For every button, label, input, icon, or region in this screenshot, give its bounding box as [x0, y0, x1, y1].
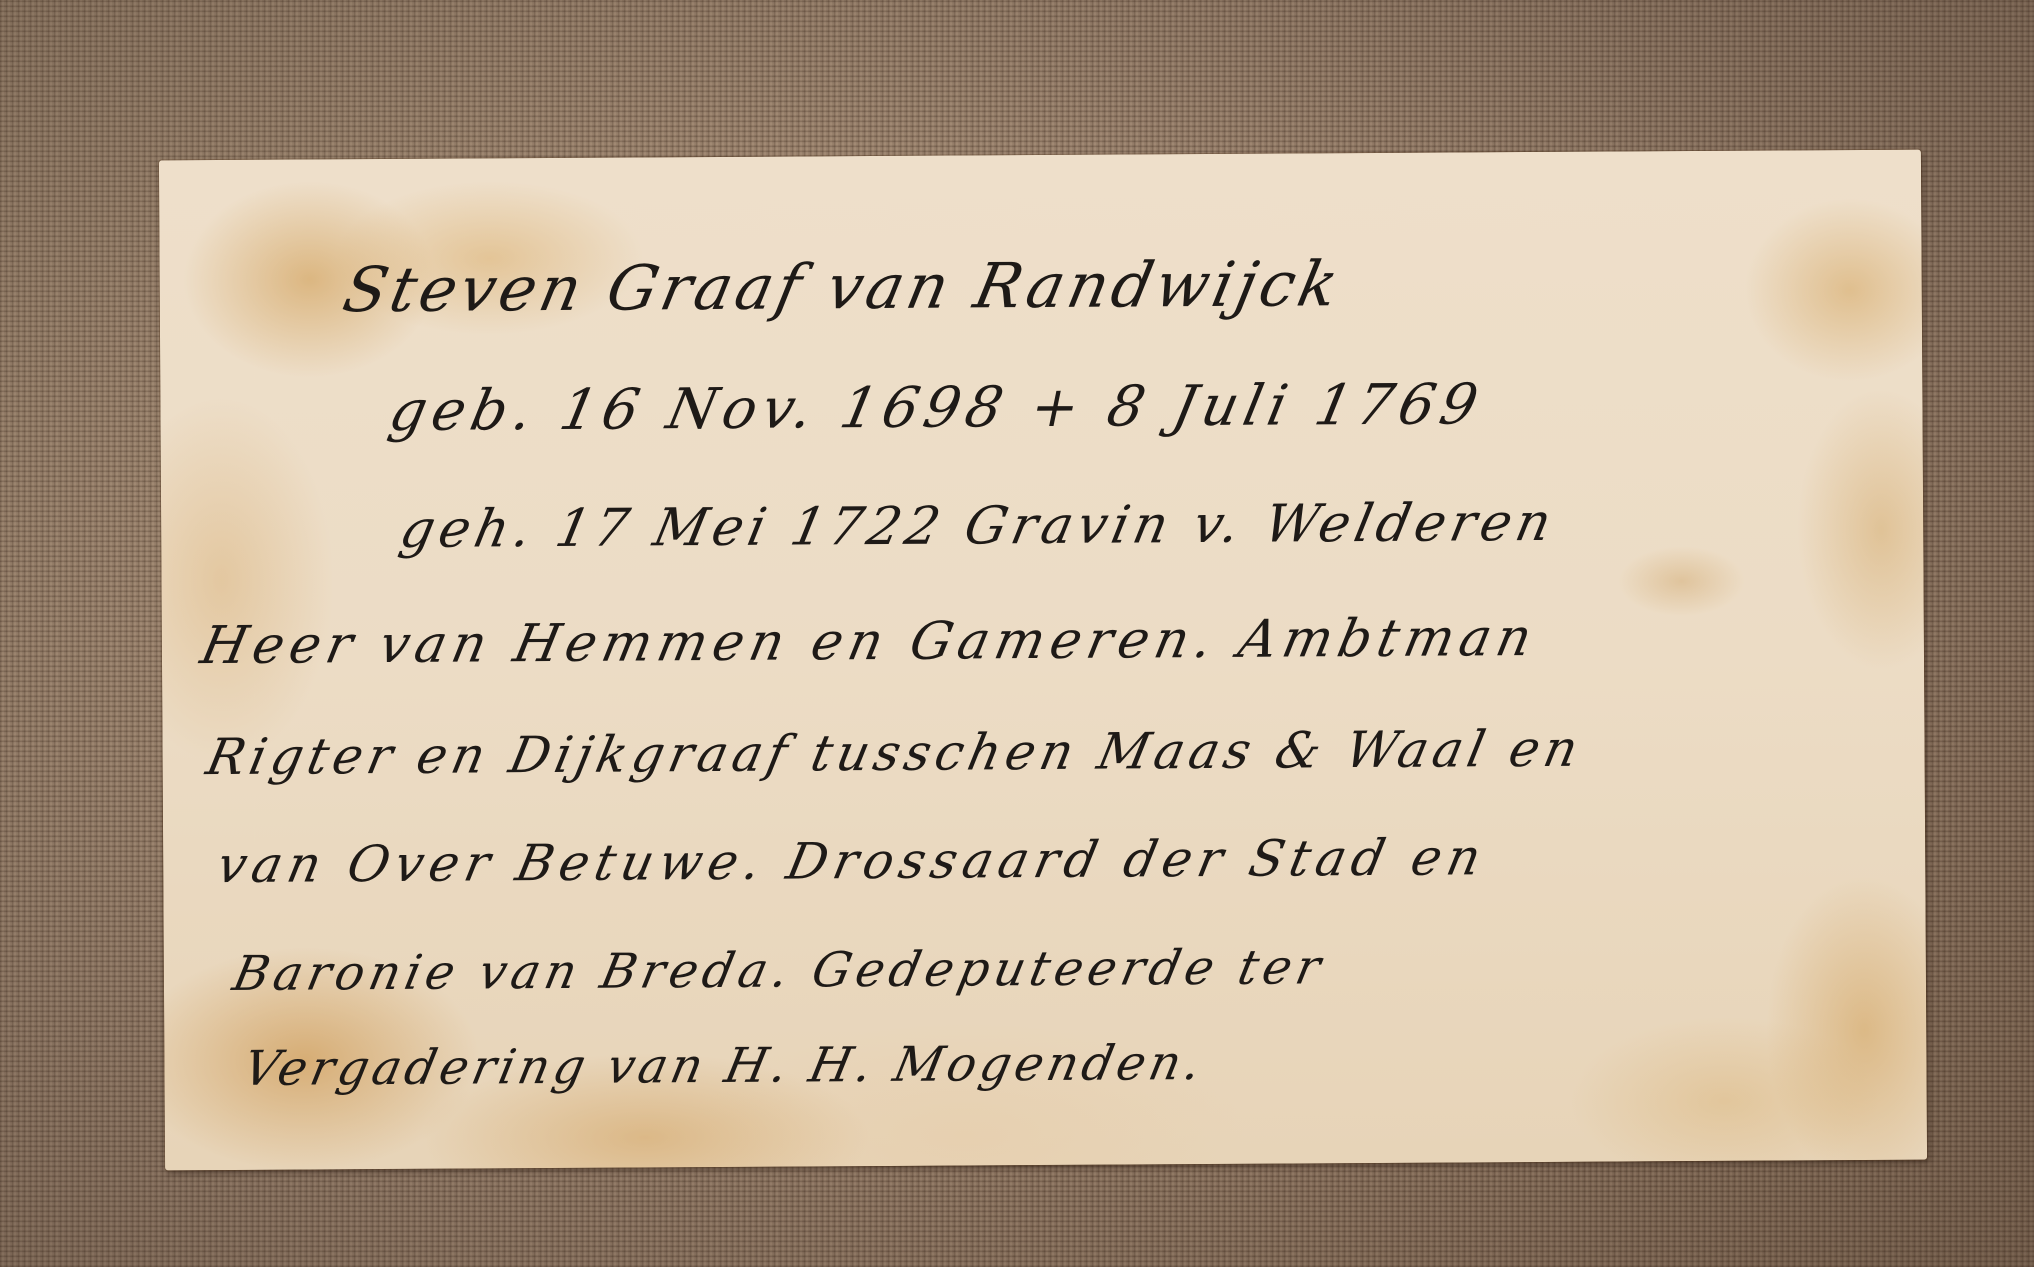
marriage-line: geh. 17 Mei 1722 Gravin v. Welderen: [396, 497, 1561, 556]
titles-line-3: van Over Betuwe. Drossaard der Stad en: [213, 832, 1491, 890]
title-name-line: Steven Graaf van Randwijck: [338, 253, 1347, 321]
titles-line-4: Baronie van Breda. Gedeputeerde ter: [229, 943, 1330, 998]
titles-line-5: Vergadering van H. H. Mogenden.: [240, 1039, 1209, 1093]
birth-death-line: geb. 16 Nov. 1698 + 8 Juli 1769: [385, 377, 1488, 440]
card-text: Steven Graaf van Randwijck geb. 16 Nov. …: [159, 150, 1927, 1171]
titles-line-1: Heer van Hemmen en Gameren. Ambtman: [197, 612, 1542, 672]
titles-line-2: Rigter en Dijkgraaf tusschen Maas & Waal…: [202, 724, 1587, 782]
handwritten-label-card: Steven Graaf van Randwijck geb. 16 Nov. …: [159, 150, 1927, 1171]
linen-backing: { "document": { "type": "handwritten-lab…: [0, 0, 2034, 1267]
